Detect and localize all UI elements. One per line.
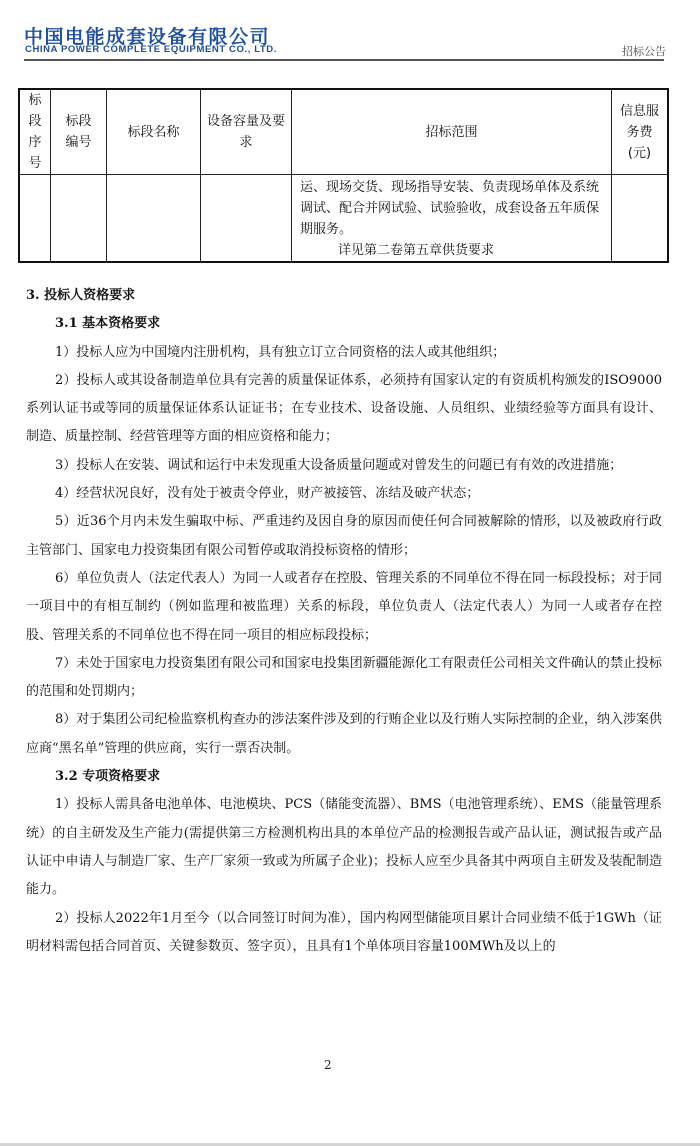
col-header-name: 标段名称 [107,89,201,175]
requirement-item: 2）投标人或其设备制造单位具有完善的质量保证体系，必须持有国家认定的有资质机构颁… [26,367,662,452]
bid-sections-table: 标段序号 标段编号 标段名称 设备容量及要求 招标范围 信息服务费(元) 运、现… [18,88,669,263]
cell-code [51,175,107,263]
document-type-label: 招标公告 [622,43,666,59]
requirement-item: 6）单位负责人（法定代表人）为同一人或者存在控股、管理关系的不同单位不得在同一标… [26,565,662,650]
requirement-item: 5）近36个月内未发生骗取中标、严重违约及因自身的原因而使任何合同被解除的情形，… [26,508,662,565]
section-3-heading: 3. 投标人资格要求 [26,282,662,310]
requirement-item: 3）投标人在安装、调试和运行中未发现重大设备质量问题或对曾发生的问题已有有效的改… [26,452,662,480]
header-divider [24,59,664,61]
company-logo-en: CHINA POWER COMPLETE EQUIPMENT CO., LTD. [25,44,277,55]
col-header-capacity: 设备容量及要求 [201,89,292,175]
cell-name [107,175,201,263]
col-header-scope: 招标范围 [292,89,612,175]
cell-fee [612,175,669,263]
col-header-seq: 标段序号 [19,89,51,175]
cell-capacity [201,175,292,263]
col-header-code: 标段编号 [51,89,107,175]
requirement-item: 7）未处于国家电力投资集团有限公司和国家电投集团新疆能源化工有限责任公司相关文件… [26,650,662,707]
col-header-fee: 信息服务费(元) [612,89,669,175]
table-row: 运、现场交货、现场指导安装、负责现场单体及系统调试、配合并网试验、试验验收，成套… [19,175,668,263]
table-header-row: 标段序号 标段编号 标段名称 设备容量及要求 招标范围 信息服务费(元) [19,89,668,175]
section-3-1-heading: 3.1 基本资格要求 [26,310,662,338]
requirement-item: 1）投标人应为中国境内注册机构，具有独立订立合同资格的法人或其他组织； [26,339,662,367]
scope-text: 运、现场交货、现场指导安装、负责现场单体及系统调试、配合并网试验、试验验收，成套… [300,177,605,240]
special-requirement-item: 2）投标人2022年1月至今（以合同签订时间为准），国内构网型储能项目累计合同业… [26,905,662,962]
special-requirement-item: 1）投标人需具备电池单体、电池模块、PCS（储能变流器）、BMS（电池管理系统）… [26,791,662,904]
scope-reference: 详见第二卷第五章供货要求 [300,240,605,261]
requirement-item: 4）经营状况良好，没有处于被责令停业，财产被接管、冻结及破产状态； [26,480,662,508]
cell-scope: 运、现场交货、现场指导安装、负责现场单体及系统调试、配合并网试验、试验验收，成套… [292,175,612,263]
page-header: 中国电能成套设备有限公司 CHINA POWER COMPLETE EQUIPM… [0,0,700,62]
section-3-2-heading: 3.2 专项资格要求 [26,763,662,791]
page-number: 2 [324,1058,332,1072]
requirement-item: 8）对于集团公司纪检监察机构查办的涉法案件涉及到的行贿企业以及行贿人实际控制的企… [26,706,662,763]
cell-seq [19,175,51,263]
document-body: 3. 投标人资格要求 3.1 基本资格要求 1）投标人应为中国境内注册机构，具有… [26,282,662,961]
